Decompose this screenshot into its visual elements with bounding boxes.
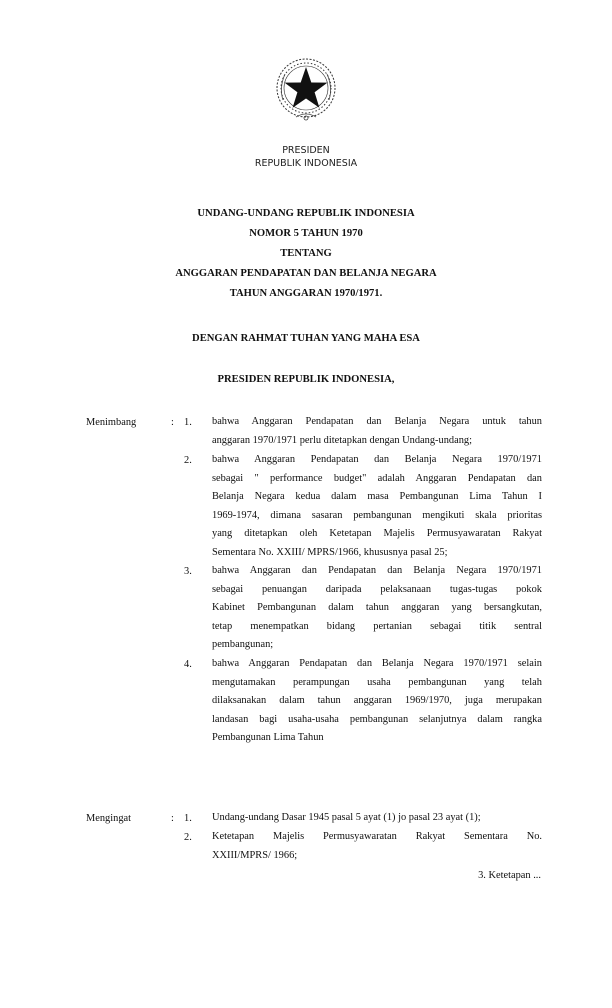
menimbang-colon: : xyxy=(171,417,174,428)
text-line: Ketetapan Majelis Permusyawaratan Rakyat… xyxy=(212,828,542,847)
menimbang-label: Menimbang xyxy=(86,417,136,428)
menimbang-item-4-number: 4. xyxy=(184,659,192,670)
text-line: bahwa Anggaran Pendapatan dan Belanja Ne… xyxy=(212,413,542,432)
mengingat-label: Mengingat xyxy=(86,813,131,824)
text-line: Sementara No. XXIII/ MPRS/1966, khususny… xyxy=(212,544,542,563)
text-line: yang ditetapkan oleh Ketetapan Majelis P… xyxy=(212,525,542,544)
text-line: tetap menempatkan bidang pertanian sebag… xyxy=(212,618,542,637)
text-line: bahwa Anggaran dan Pendapatan dan Belanj… xyxy=(212,562,542,581)
preamble-rahmat: DENGAN RAHMAT TUHAN YANG MAHA ESA xyxy=(0,333,612,344)
text-line: bahwa Anggaran Pendapatan dan Belanja Ne… xyxy=(212,655,542,674)
text-line: sebagai " performance budget" adalah Ang… xyxy=(212,470,542,489)
text-line: landasan bagi usaha-usaha pembangunan se… xyxy=(212,711,542,730)
menimbang-item-3-number: 3. xyxy=(184,566,192,577)
menimbang-item-2-text: bahwa Anggaran Pendapatan dan Belanja Ne… xyxy=(212,451,542,563)
text-line: XXIII/MPRS/ 1966; xyxy=(212,847,542,866)
menimbang-item-1-number: 1. xyxy=(184,417,192,428)
text-line: anggaran 1970/1971 perlu ditetapkan deng… xyxy=(212,432,542,451)
text-line: Pembangunan Lima Tahun xyxy=(212,729,542,748)
title-line-2: NOMOR 5 TAHUN 1970 xyxy=(0,228,612,239)
text-line: bahwa Anggaran Pendapatan dan Belanja Ne… xyxy=(212,451,542,470)
preamble-presiden: PRESIDEN REPUBLIK INDONESIA, xyxy=(0,374,612,385)
mengingat-item-1-text: Undang-undang Dasar 1945 pasal 5 ayat (1… xyxy=(212,809,542,828)
title-line-1: UNDANG-UNDANG REPUBLIK INDONESIA xyxy=(0,208,612,219)
mengingat-item-1-number: 1. xyxy=(184,813,192,824)
menimbang-item-3-text: bahwa Anggaran dan Pendapatan dan Belanj… xyxy=(212,562,542,655)
menimbang-item-2-number: 2. xyxy=(184,455,192,466)
text-line: dilaksanakan dalam tahun anggaran 1969/1… xyxy=(212,692,542,711)
presidential-emblem-icon xyxy=(271,55,341,125)
title-line-3: TENTANG xyxy=(0,248,612,259)
text-line: mengutamakan perampungan usaha pembangun… xyxy=(212,674,542,693)
menimbang-item-4-text: bahwa Anggaran Pendapatan dan Belanja Ne… xyxy=(212,655,542,748)
text-line: pembangunan; xyxy=(212,636,542,655)
mengingat-colon: : xyxy=(171,813,174,824)
menimbang-item-1-text: bahwa Anggaran Pendapatan dan Belanja Ne… xyxy=(212,413,542,450)
header-republik-indonesia: REPUBLIK INDONESIA xyxy=(0,158,612,169)
header-presiden: PRESIDEN xyxy=(0,145,612,156)
title-line-4: ANGGARAN PENDAPATAN DAN BELANJA NEGARA xyxy=(0,268,612,279)
title-line-5: TAHUN ANGGARAN 1970/1971. xyxy=(0,288,612,299)
text-line: Kabinet Pembangunan dalam tahun anggaran… xyxy=(212,599,542,618)
mengingat-item-2-text: Ketetapan Majelis Permusyawaratan Rakyat… xyxy=(212,828,542,865)
mengingat-item-2-number: 2. xyxy=(184,832,192,843)
text-line: Belanja Negara kedua dalam masa Pembangu… xyxy=(212,488,542,507)
text-line: Undang-undang Dasar 1945 pasal 5 ayat (1… xyxy=(212,809,542,828)
text-line: 1969-1974, dimana sasaran pembangunan me… xyxy=(212,507,542,526)
page-continuation: 3. Ketetapan ... xyxy=(478,870,541,881)
text-line: sebagai penuangan daripada pelaksanaan t… xyxy=(212,581,542,600)
